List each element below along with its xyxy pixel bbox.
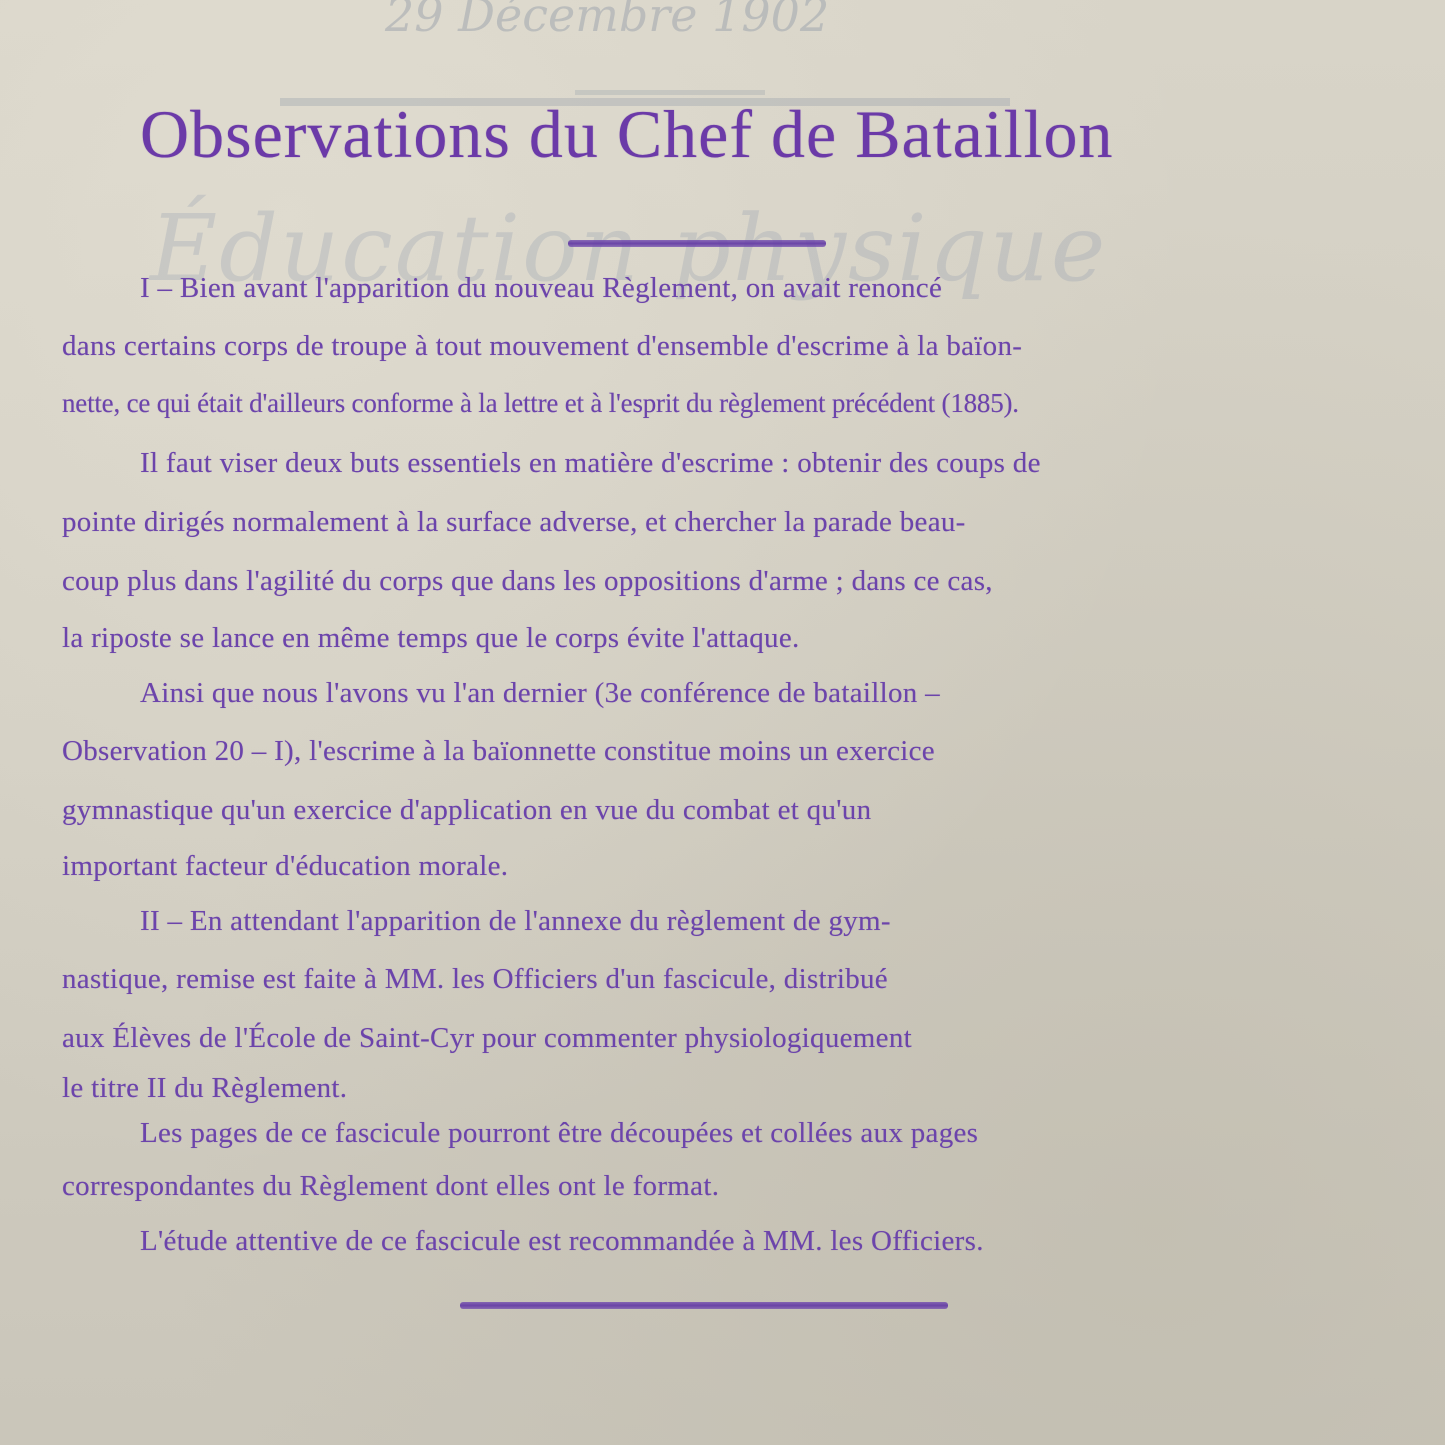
text-line: Les pages de ce fascicule pourront être … [140,1117,978,1150]
text-line: L'étude attentive de ce fascicule est re… [140,1225,984,1258]
text-line: II – En attendant l'apparition de l'anne… [140,905,891,938]
text-line: Il faut viser deux buts essentiels en ma… [140,447,1041,480]
text-line: important facteur d'éducation morale. [62,850,508,883]
text-line: I – Bien avant l'apparition du nouveau R… [140,272,942,305]
text-line: nette, ce qui était d'ailleurs conforme … [62,388,1019,419]
text-line: Observation 20 – I), l'escrime à la baïo… [62,735,935,768]
title-underline [568,240,826,247]
text-line: pointe dirigés normalement à la surface … [62,506,966,539]
text-line: nastique, remise est faite à MM. les Off… [62,963,888,996]
text-line: coup plus dans l'agilité du corps que da… [62,565,993,598]
text-line: la riposte se lance en même temps que le… [62,622,800,655]
text-line: dans certains corps de troupe à tout mou… [62,330,1022,363]
closing-rule [460,1302,948,1309]
text-line: Ainsi que nous l'avons vu l'an dernier (… [140,677,940,710]
text-line: le titre II du Règlement. [62,1072,347,1105]
text-line: gymnastique qu'un exercice d'application… [62,794,871,827]
text-line: correspondantes du Règlement dont elles … [62,1170,719,1203]
handwritten-document-page: 29 Décembre 1902 Éducation physique Obse… [0,0,1445,1445]
ghost-date: 29 Décembre 1902 [385,0,829,42]
document-title: Observations du Chef de Bataillon [140,95,1113,174]
text-line: aux Élèves de l'École de Saint-Cyr pour … [62,1022,912,1055]
